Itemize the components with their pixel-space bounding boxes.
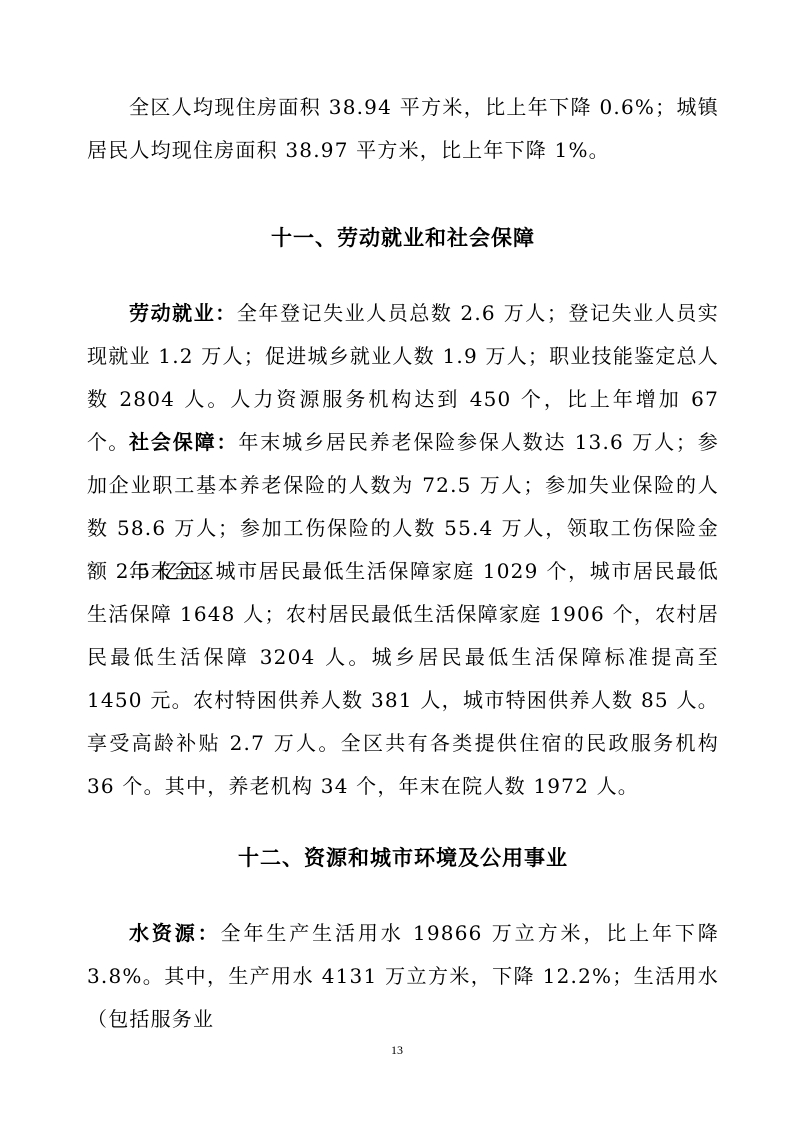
paragraph-minimum-living-security: 年末全区城市居民最低生活保障家庭 1029 个，城市居民最低生活保障 1648 … bbox=[87, 550, 719, 808]
paragraph-water-resources: 水资源：全年生产生活用水 19866 万立方米，比上年下降 3.8%。其中，生产… bbox=[87, 912, 719, 1041]
section-heading-resources-environment: 十二、资源和城市环境及公用事业 bbox=[87, 842, 719, 872]
paragraph-lead-label: 劳动就业： bbox=[129, 301, 237, 325]
paragraph-text: 年末全区城市居民最低生活保障家庭 1029 个，城市居民最低生活保障 1648 … bbox=[87, 559, 719, 798]
paragraph-lead-label: 水资源： bbox=[129, 921, 221, 945]
section-heading-labor-social-security: 十一、劳动就业和社会保障 bbox=[87, 222, 719, 252]
paragraph-housing-area: 全区人均现住房面积 38.94 平方米，比上年下降 0.6%；城镇居民人均现住房… bbox=[87, 86, 719, 172]
paragraph-text: 全区人均现住房面积 38.94 平方米，比上年下降 0.6%；城镇居民人均现住房… bbox=[87, 95, 719, 162]
paragraph-lead-label: 社会保障： bbox=[129, 430, 238, 454]
page-number: 13 bbox=[0, 1043, 794, 1058]
